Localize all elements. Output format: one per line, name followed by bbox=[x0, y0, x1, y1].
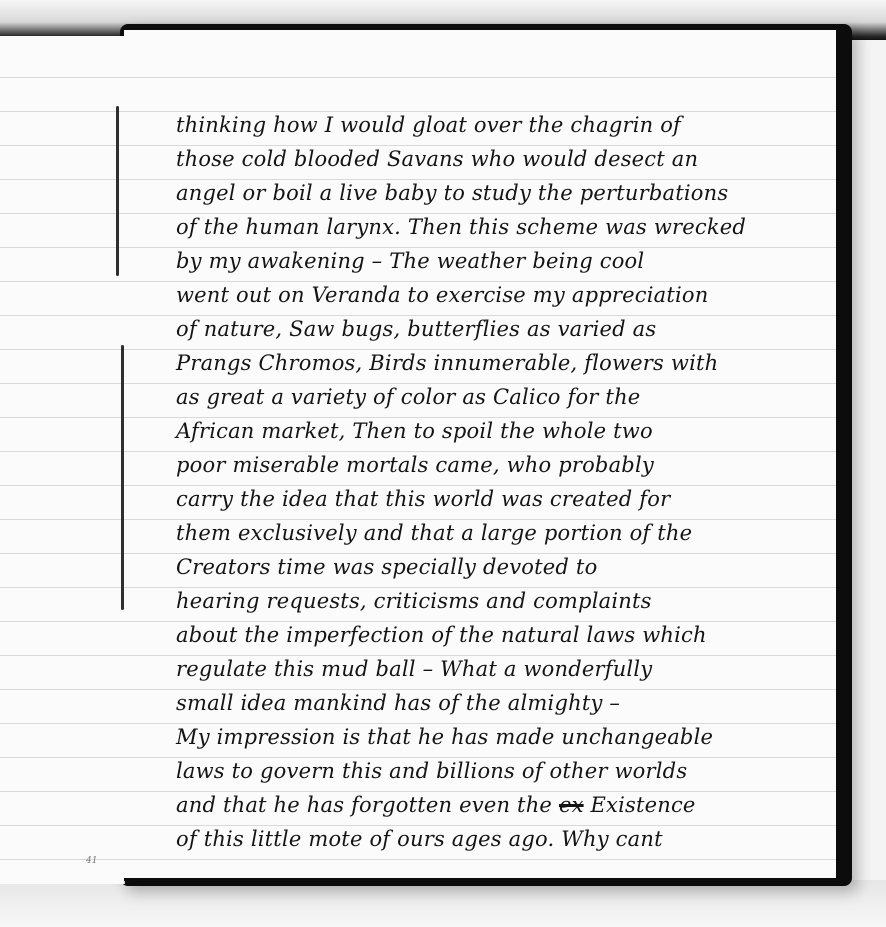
left-page bbox=[0, 36, 125, 884]
table-surface bbox=[0, 880, 886, 927]
text-line: of this little mote of ours ages ago. Wh… bbox=[176, 822, 826, 856]
text-line: them exclusively and that a large portio… bbox=[176, 516, 826, 550]
text-line: thinking how I would gloat over the chag… bbox=[176, 108, 826, 142]
text-line: of the human larynx. Then this scheme wa… bbox=[176, 210, 826, 244]
text-line: small idea mankind has of the almighty – bbox=[176, 686, 826, 720]
text-line: poor miserable mortals came, who probabl… bbox=[176, 448, 826, 482]
struck-word: ex bbox=[559, 793, 584, 817]
text-line: Prangs Chromos, Birds innumerable, flowe… bbox=[176, 346, 826, 380]
text-line: carry the idea that this world was creat… bbox=[176, 482, 826, 516]
text-line: Creators time was specially devoted to bbox=[176, 550, 826, 584]
text-line: My impression is that he has made unchan… bbox=[176, 720, 826, 754]
text-line-main: and that he has forgotten even the bbox=[176, 793, 552, 817]
text-line: angel or boil a live baby to study the p… bbox=[176, 176, 826, 210]
text-line: those cold blooded Savans who would dese… bbox=[176, 142, 826, 176]
text-line: and that he has forgotten even the ex Ex… bbox=[176, 788, 826, 822]
page-number: 41 bbox=[86, 856, 97, 866]
text-line: went out on Veranda to exercise my appre… bbox=[176, 278, 826, 312]
text-line-tail: Existence bbox=[591, 793, 696, 817]
text-line: about the imperfection of the natural la… bbox=[176, 618, 826, 652]
text-line: regulate this mud ball – What a wonderfu… bbox=[176, 652, 826, 686]
text-line: hearing requests, criticisms and complai… bbox=[176, 584, 826, 618]
text-line: laws to govern this and billions of othe… bbox=[176, 754, 826, 788]
text-line: African market, Then to spoil the whole … bbox=[176, 414, 826, 448]
text-line: by my awakening – The weather being cool bbox=[176, 244, 826, 278]
text-line: as great a variety of color as Calico fo… bbox=[176, 380, 826, 414]
text-line: of nature, Saw bugs, butterflies as vari… bbox=[176, 312, 826, 346]
binding-stitch-1 bbox=[116, 106, 119, 276]
handwritten-text: thinking how I would gloat over the chag… bbox=[176, 108, 826, 856]
